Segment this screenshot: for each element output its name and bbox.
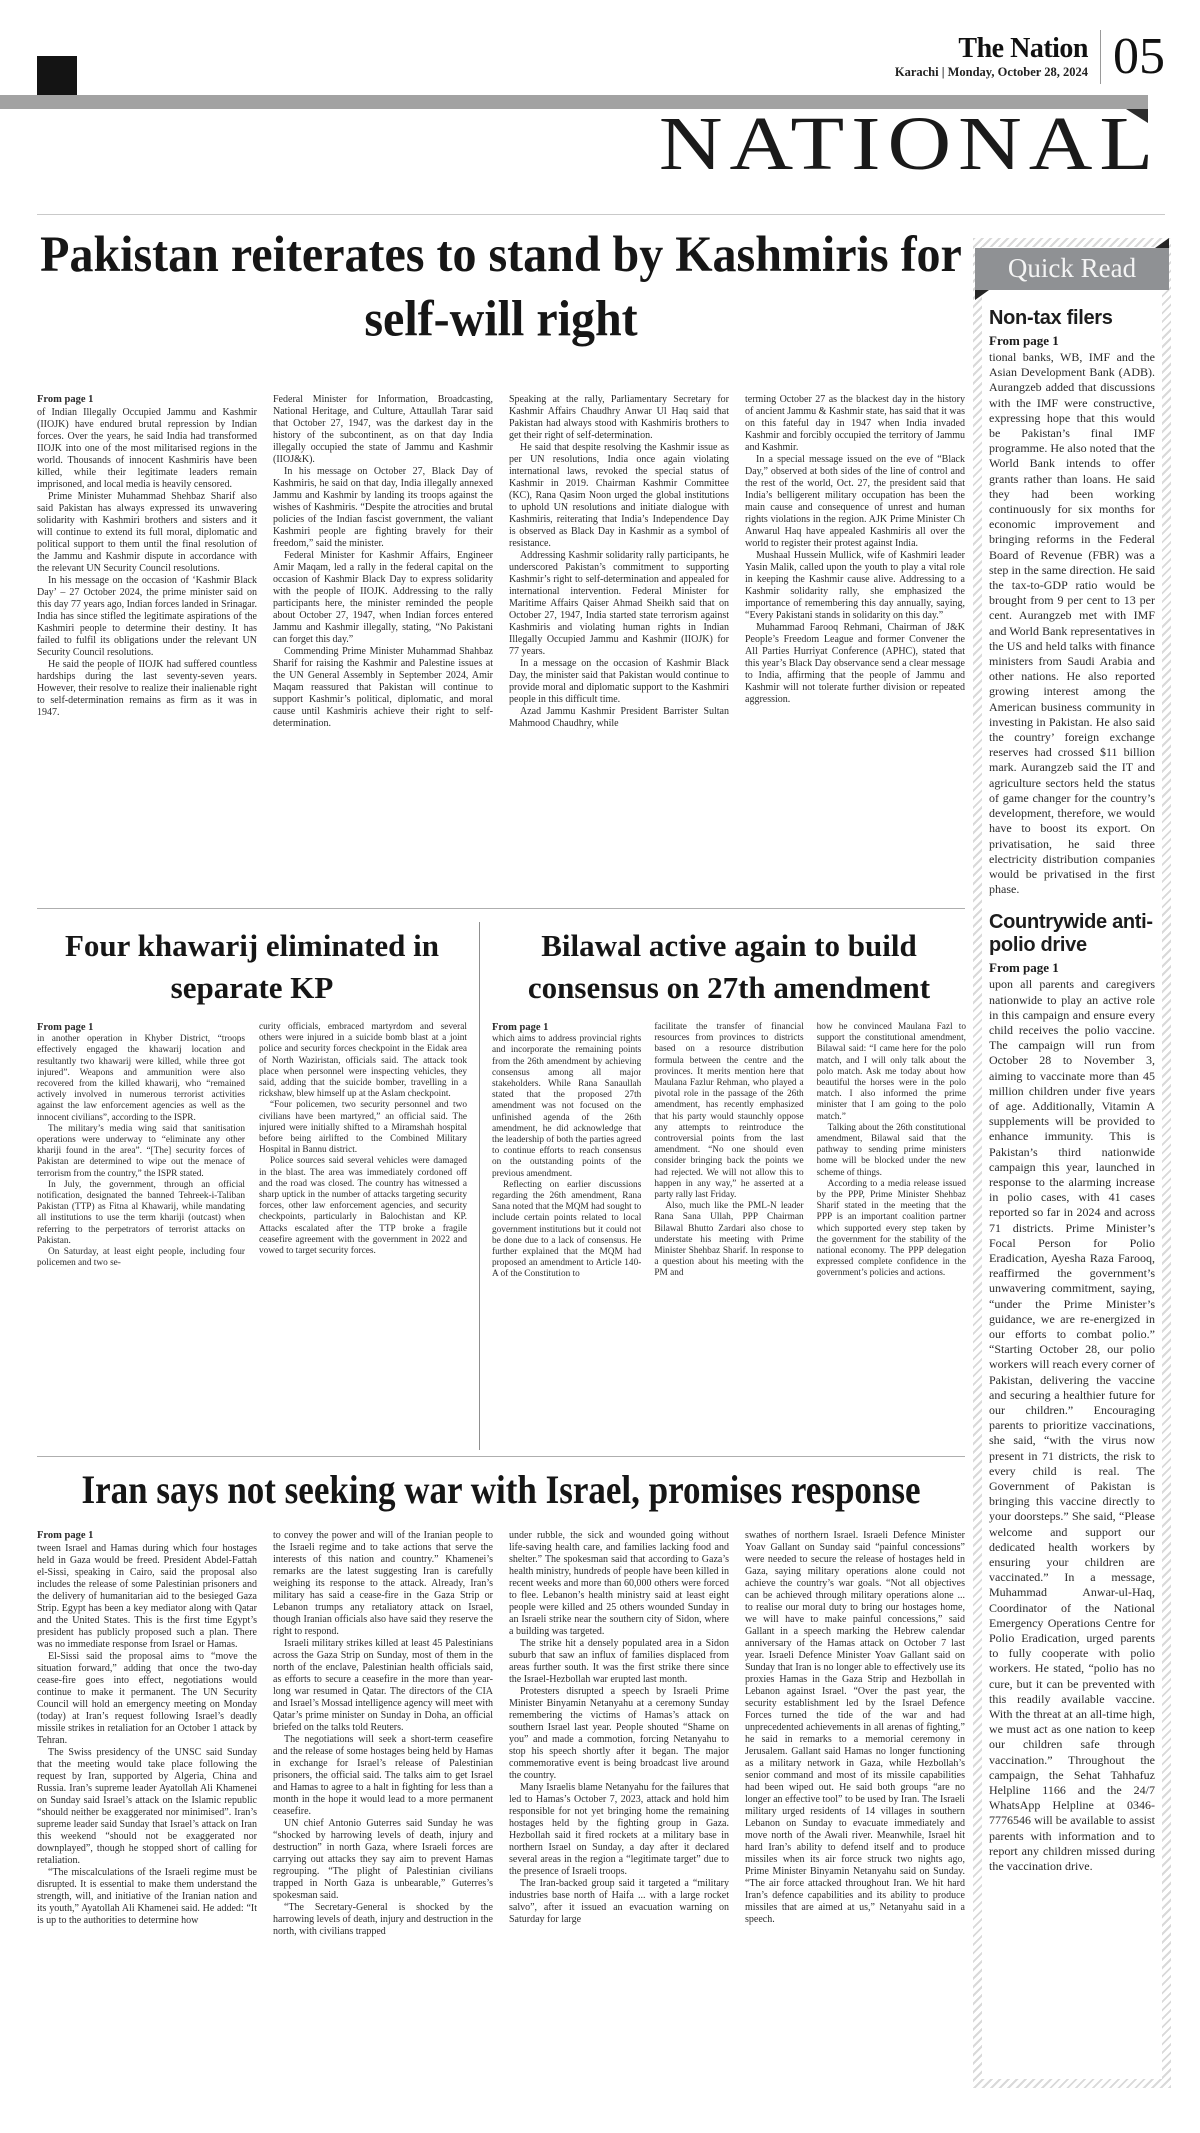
lead-article-headline: Pakistan reiterates to stand by Kashmiri… bbox=[37, 222, 965, 351]
bilawal-article-column-1-text: which aims to address provincial rights … bbox=[492, 1034, 641, 1280]
quick-read-item-body: upon all parents and caregivers nationwi… bbox=[989, 977, 1155, 1874]
page-number: 05 bbox=[1101, 30, 1165, 84]
lead-article-body: From page 1 of Indian Illegally Occupied… bbox=[37, 394, 965, 906]
iran-article-headline: Iran says not seeking war with Israel, p… bbox=[37, 1464, 965, 1517]
khawarij-article-column-2: curity officials, embraced martyrdom and… bbox=[259, 1022, 467, 1452]
article-vertical-divider bbox=[479, 922, 480, 1450]
lead-article-column-2: Federal Minister for Information, Broadc… bbox=[273, 394, 493, 906]
from-page-label: From page 1 bbox=[37, 1530, 257, 1542]
iran-article-column-4: swathes of northern Israel. Israeli Defe… bbox=[745, 1530, 965, 2128]
khawarij-article-column-1: From page 1 in another operation in Khyb… bbox=[37, 1022, 245, 1452]
lead-article-column-4: terming October 27 as the blackest day i… bbox=[745, 394, 965, 906]
quick-read-sidebar: Non-tax filers From page 1 tional banks,… bbox=[973, 238, 1171, 2088]
khawarij-article-body: From page 1 in another operation in Khyb… bbox=[37, 1022, 467, 1452]
iran-article-column-1: From page 1 tween Israel and Hamas durin… bbox=[37, 1530, 257, 2128]
iran-article-body: From page 1 tween Israel and Hamas durin… bbox=[37, 1530, 965, 2128]
bilawal-article-headline: Bilawal active again to build consensus … bbox=[492, 925, 966, 1009]
newspaper-page: The Nation Karachi | Monday, October 28,… bbox=[0, 0, 1200, 2133]
quick-read-item-headline: Non-tax filers bbox=[989, 307, 1155, 330]
masthead-dateline: Karachi | Monday, October 28, 2024 bbox=[895, 65, 1088, 80]
from-page-label: From page 1 bbox=[37, 1022, 245, 1033]
section-divider-rule bbox=[37, 1456, 965, 1457]
from-page-label: From page 1 bbox=[492, 1022, 641, 1033]
quick-read-banner-label: Quick Read bbox=[1008, 253, 1136, 283]
masthead-text: The Nation Karachi | Monday, October 28,… bbox=[895, 35, 1100, 80]
iran-article-column-3: under rubble, the sick and wounded going… bbox=[509, 1530, 729, 2128]
bilawal-article-column-3: how he convinced Maulana Fazl to support… bbox=[817, 1022, 966, 1452]
quick-read-item-headline: Countrywide anti-polio drive bbox=[989, 911, 1155, 957]
lead-article-column-3: Speaking at the rally, Parliamentary Sec… bbox=[509, 394, 729, 906]
bilawal-article-body: From page 1 which aims to address provin… bbox=[492, 1022, 966, 1452]
masthead: The Nation Karachi | Monday, October 28,… bbox=[895, 30, 1165, 84]
bilawal-article-column-1: From page 1 which aims to address provin… bbox=[492, 1022, 641, 1452]
section-title: NATIONAL bbox=[659, 104, 1160, 184]
section-divider-rule bbox=[37, 908, 965, 909]
banner-fold-icon bbox=[975, 290, 989, 300]
quick-read-item: Non-tax filers From page 1 tional banks,… bbox=[989, 307, 1155, 897]
from-page-label: From page 1 bbox=[989, 333, 1155, 349]
iran-article-column-1-text: tween Israel and Hamas during which four… bbox=[37, 1543, 257, 1927]
header-rule bbox=[37, 214, 1165, 215]
quick-read-inner: Non-tax filers From page 1 tional banks,… bbox=[982, 247, 1162, 2079]
quick-read-item-body: tional banks, WB, IMF and the Asian Deve… bbox=[989, 350, 1155, 897]
from-page-label: From page 1 bbox=[37, 394, 257, 406]
lead-article-column-1-text: of Indian Illegally Occupied Jammu and K… bbox=[37, 407, 257, 719]
iran-article-column-2: to convey the power and will of the Iran… bbox=[273, 1530, 493, 2128]
banner-fold-icon bbox=[1155, 238, 1169, 248]
bilawal-article-column-2: facilitate the transfer of financial res… bbox=[654, 1022, 803, 1452]
quick-read-item: Countrywide anti-polio drive From page 1… bbox=[989, 911, 1155, 1874]
from-page-label: From page 1 bbox=[989, 960, 1155, 976]
lead-article-column-1: From page 1 of Indian Illegally Occupied… bbox=[37, 394, 257, 906]
khawarij-article-column-1-text: in another operation in Khyber District,… bbox=[37, 1034, 245, 1269]
page-corner-mark bbox=[37, 56, 77, 95]
quick-read-content: Non-tax filers From page 1 tional banks,… bbox=[989, 307, 1155, 1874]
khawarij-article-headline: Four khawarij eliminated in separate KP bbox=[37, 925, 467, 1009]
masthead-title: The Nation bbox=[895, 35, 1088, 63]
quick-read-banner: Quick Read bbox=[975, 248, 1169, 290]
